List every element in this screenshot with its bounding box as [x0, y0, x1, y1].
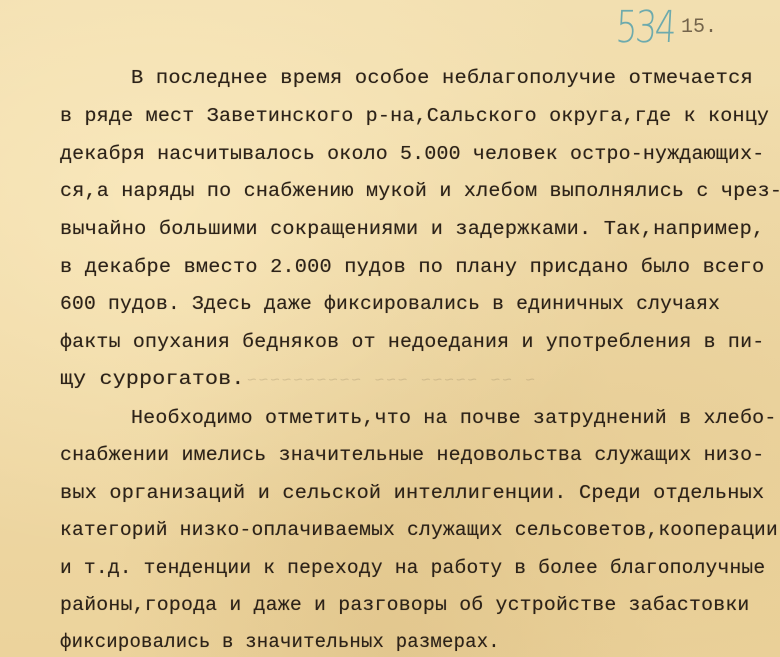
text-line: категорий низко-оплачиваемых служащих се…: [60, 521, 778, 540]
handwritten-archive-number: 534: [615, 6, 676, 50]
text-line: в ряде мест Заветинского р-на,Сальского …: [60, 107, 769, 126]
text-line: вых организаций и сельской интеллигенции…: [60, 484, 764, 503]
text-line: ся,а наряды по снабжению мукой и хлебом …: [60, 182, 780, 201]
text-line: вычайно большими сокращениями и задержка…: [60, 220, 764, 239]
document-page: 534 15. ~ ~~ ~~~~~ ~~~ ~~~~~~~~~~ В посл…: [0, 0, 780, 657]
text-line: 600 пудов. Здесь даже фиксировались в ед…: [60, 295, 720, 314]
text-line: фиксировались в значительных размерах.: [60, 633, 500, 652]
text-line: декабря насчитывалось около 5.000 челове…: [60, 145, 764, 164]
text-line: в декабре вместо 2.000 пудов по плану пр…: [60, 258, 764, 277]
text-line: Необходимо отметить,что на почве затрудн…: [131, 409, 777, 428]
text-line: В последнее время особое неблагополучие …: [131, 69, 753, 88]
bleed-through-text: ~ ~~ ~~~~~ ~~~ ~~~~~~~~~~: [245, 372, 535, 390]
text-line: снабжении имелись значительные недовольс…: [60, 446, 764, 465]
text-line: щу суррогатов.: [60, 370, 245, 389]
typed-page-number: 15.: [681, 18, 717, 38]
text-line: и т.д. тенденции к переходу на работу в …: [60, 559, 765, 578]
text-line: факты опухания бедняков от недоедания и …: [60, 333, 764, 352]
text-line: районы,города и даже и разговоры об устр…: [60, 596, 750, 615]
